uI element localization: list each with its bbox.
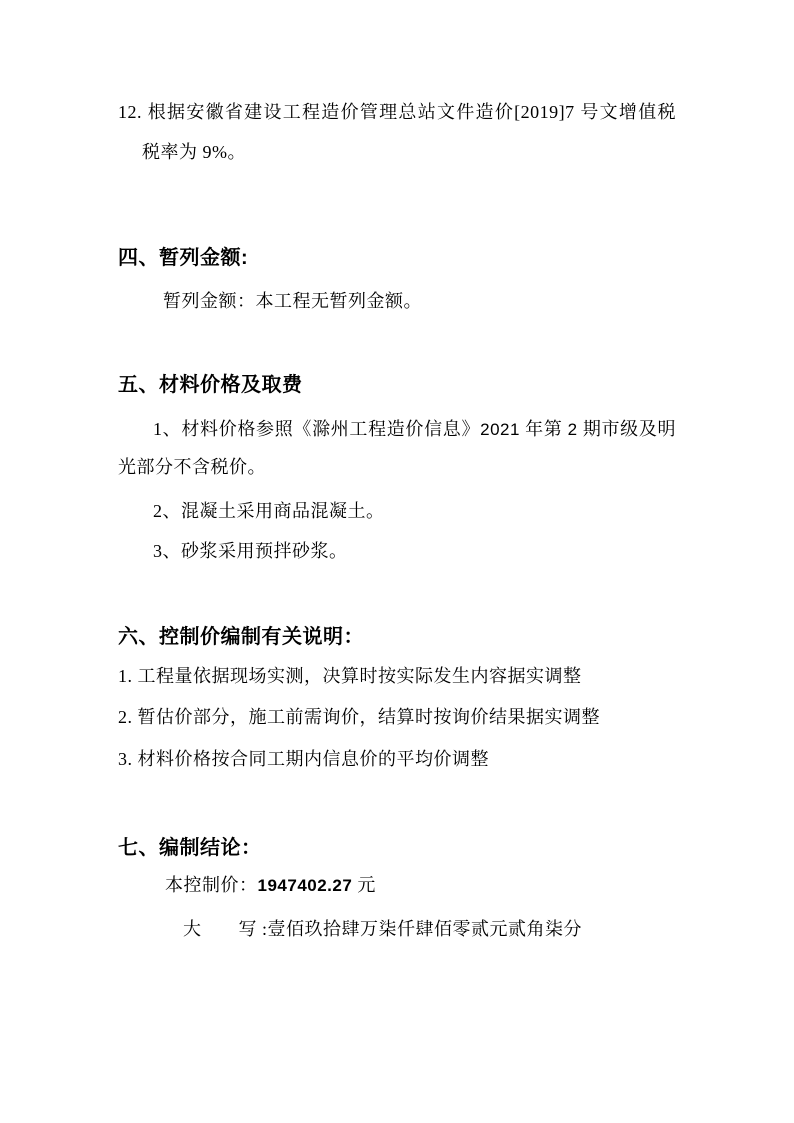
section-5-item-3: 3、砂浆采用预拌砂浆。 bbox=[153, 530, 676, 572]
control-price-label: 本控制价： bbox=[165, 875, 258, 895]
section-5-item-1-line-2: 光部分不含税价。 bbox=[118, 446, 676, 488]
section-5-item-1-text-pre: 1、材料价格参照《滁州工程造价信息》 bbox=[153, 419, 480, 439]
section-5-item-1-text-mid: 年第 bbox=[520, 419, 568, 439]
section-5-item-1-line-1: 1、材料价格参照《滁州工程造价信息》2021 年第 2 期市级及明 bbox=[118, 408, 676, 450]
section-7-heading: 七、编制结论： bbox=[118, 827, 676, 869]
paragraph-12-line-1: 12. 根据安徽省建设工程造价管理总站文件造价[2019]7 号文增值税 bbox=[118, 91, 676, 133]
section-7-amount-in-words: 大 写 :壹佰玖拾肆万柒仟肆佰零贰元贰角柒分 bbox=[183, 908, 676, 950]
section-4-body: 暂列金额：本工程无暂列金额。 bbox=[163, 280, 676, 322]
section-6-item-1: 1. 工程量依据现场实测，决算时按实际发生内容据实调整 bbox=[118, 655, 676, 697]
control-price-value: 1947402.27 bbox=[258, 876, 353, 895]
document-content: 12. 根据安徽省建设工程造价管理总站文件造价[2019]7 号文增值税 税率为… bbox=[118, 0, 676, 1123]
section-5-item-1-issue-number: 2 bbox=[568, 420, 578, 439]
paragraph-12-line-2: 税率为 9%。 bbox=[142, 131, 676, 173]
document-page: 12. 根据安徽省建设工程造价管理总站文件造价[2019]7 号文增值税 税率为… bbox=[0, 0, 794, 1123]
section-5-item-1-text-post: 期市级及明 bbox=[578, 419, 676, 439]
section-6-item-2: 2. 暂估价部分，施工前需询价，结算时按询价结果据实调整 bbox=[118, 696, 676, 738]
section-7-control-price-line: 本控制价：1947402.27 元 bbox=[165, 864, 676, 906]
section-6-item-3: 3. 材料价格按合同工期内信息价的平均价调整 bbox=[118, 738, 676, 780]
section-6-heading: 六、控制价编制有关说明： bbox=[118, 616, 676, 658]
control-price-unit: 元 bbox=[352, 875, 376, 895]
section-5-item-1-year-number: 2021 bbox=[480, 420, 520, 439]
section-5-heading: 五、材料价格及取费 bbox=[118, 364, 676, 406]
section-5-item-2: 2、混凝土采用商品混凝土。 bbox=[153, 490, 676, 532]
section-4-heading: 四、暂列金额: bbox=[118, 237, 676, 279]
